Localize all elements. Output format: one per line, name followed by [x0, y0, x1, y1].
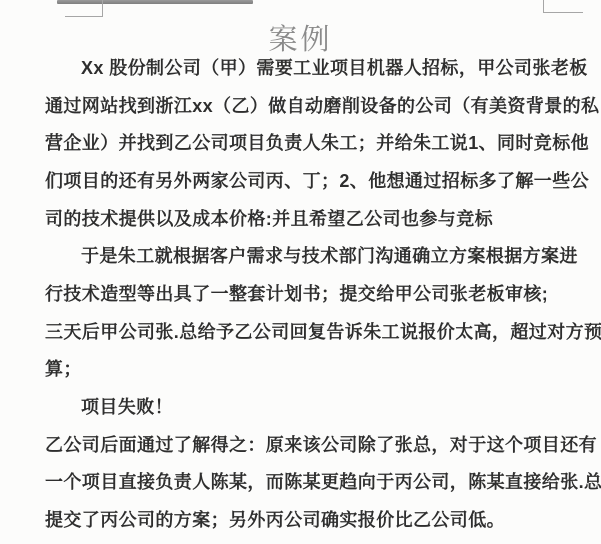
text-line: Xx 股份制公司（甲）需要工业项目机器人招标，甲公司张老板: [45, 48, 565, 86]
text-line: 一个项目直接负责人陈某，而陈某更趋向于丙公司，陈某直接给张.总: [45, 463, 565, 501]
text-line: 算；: [45, 350, 565, 388]
text-line: 项目失败！: [45, 387, 565, 425]
text-line: 于是朱工就根据客户需求与技术部门沟通确立方案根据方案进: [45, 236, 565, 274]
text-line: 三天后甲公司张.总给予乙公司回复告诉朱工说报价太高，超过对方预: [45, 312, 565, 350]
document-body: Xx 股份制公司（甲）需要工业项目机器人招标，甲公司张老板 通过网站找到浙江xx…: [45, 48, 565, 538]
text-line: 乙公司后面通过了解得之：原来该公司除了张总，对于这个项目还有: [45, 425, 565, 463]
text-line: 们项目的还有另外两家公司丙、丁；2、他想通过招标多了解一些公: [45, 161, 565, 199]
text-line: 行技术造型等出具了一整套计划书；提交给甲公司张老板审核;: [45, 274, 565, 312]
text-line: 营企业）并找到乙公司项目负责人朱工；并给朱工说1、同时竞标他: [45, 123, 565, 161]
text-line: 通过网站找到浙江xx（乙）做自动磨削设备的公司（有美资背景的私: [45, 86, 565, 124]
text-line: 司的技术提供以及成本价格:并且希望乙公司也参与竞标: [45, 199, 565, 237]
document-page: 案例 Xx 股份制公司（甲）需要工业项目机器人招标，甲公司张老板 通过网站找到浙…: [0, 0, 601, 544]
margin-crop-mark-top-left: [65, 0, 103, 17]
margin-crop-mark-top-right: [543, 0, 583, 13]
text-line: 提交了丙公司的方案；另外丙公司确实报价比乙公司低。: [45, 500, 565, 538]
